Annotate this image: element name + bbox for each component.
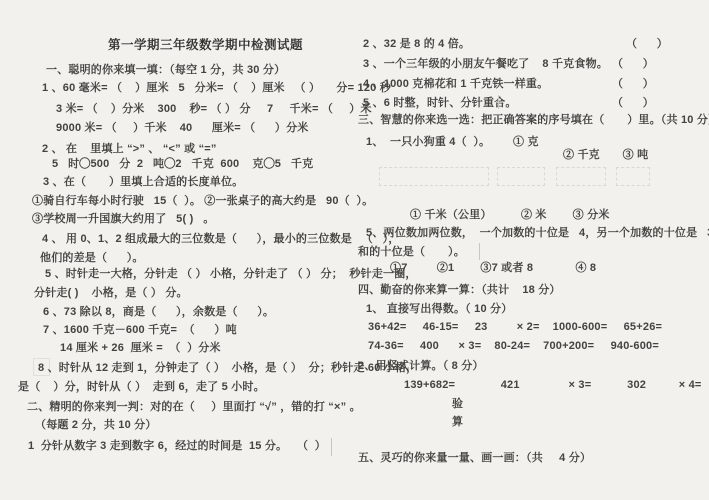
q4-line-2: 他们的差是（ ）。 (40, 252, 144, 265)
choice-q5-line-1: 5、两位数加两位数， 一个加数的十位是 4，另一个加数的十位是 3，它们 (366, 227, 709, 240)
q7-line-1: 7 、1600 千克－600 千克= （ ）吨 (43, 324, 237, 337)
calc-row-1: 36+42= 46-15= 23 × 2= 1000-600= 65+26= (368, 321, 662, 334)
section-2-header: 二、精明的你来判一判：对的在（ ）里面打 “√” ，错的打 “×” 。 (27, 401, 361, 414)
choice-q1: 1、 一只小狗重 4（ ）。 ① 克 (366, 136, 539, 149)
q3-line-3: ③学校周一升国旗大约用了 5( ) 。 (32, 213, 214, 226)
check-label-2: 算 (452, 416, 463, 429)
choice-q5-options: ①7 ②1 ③7 或者 8 ④ 8 (390, 262, 596, 275)
scan-artifact-line (479, 243, 480, 260)
faint-box (497, 167, 545, 186)
q4-line-1: 4 、 用 0、1、2 组成最大的三位数是（ ），最小的三位数是 （ ）， (42, 233, 400, 246)
choice-q1-options: ② 千克 ③ 吨 (563, 149, 648, 162)
faint-box (556, 167, 606, 186)
q3-line-1: 3 、在（ ）里填上合适的长度单位。 (43, 176, 243, 189)
judge-q2: 2 、32 是 8 的 4 倍。 (363, 38, 470, 51)
vertical-calc-problems: 139+682= 421 × 3= 302 × 4= (404, 379, 702, 392)
q6-line: 6 、73 除以 8，商是（ ），余数是（ ）。 (43, 306, 274, 319)
faint-box (616, 167, 650, 186)
q7-line-2: 14 厘米 + 26 厘米 = （ ）分米 (60, 342, 221, 355)
test-paper-page: 第一学期三年级数学期中检测试题 一、聪明的你来填一填：（每空 1 分，共 30 … (0, 0, 709, 500)
judge-q2-paren: （ ） (626, 38, 668, 51)
choice-q5-line-2: 和的十位是（ ）。 (358, 246, 465, 259)
judge-q5-paren: （ ） (612, 97, 654, 110)
judge-q1: 1 分针从数字 3 走到数字 6，经过的时间是 15 分。 （ ） (28, 440, 326, 453)
judge-q4-paren: （ ） (612, 78, 654, 91)
q2-line-1: 2 、 在 里填上 “>” 、 “<” 或 “=” (42, 143, 217, 156)
q8-line-2: 是（ ）分，时针从（ ） 走到 6，走了 5 小时。 (18, 381, 265, 394)
calc-row-2: 74-36= 400 × 3= 80-24= 700+200= 940-600= (368, 340, 659, 353)
section-3-header: 三、智慧的你来选一选：把正确答案的序号填在（ ）里。（共 10 分） (358, 114, 709, 127)
judge-q3-paren: （ ） (612, 58, 654, 71)
section-4-header: 四、勤奋的你来算一算：（共计 18 分） (358, 284, 561, 297)
section-5-header: 五、灵巧的你来量一量、画一画：（共 4 分） (358, 452, 591, 465)
q3-line-2: ①骑自行车每小时行驶 15（ ）。 ②一张桌子的高大约是 90（ ）。 (32, 195, 373, 208)
judge-q5: 5 、6 时整，时针、分针重合。 (363, 97, 517, 110)
q1-line-2: 3 米= （ ）分米 300 秒= （ ） 分 7 千米= （ ）米 (56, 103, 372, 116)
faint-box (379, 167, 489, 186)
q5-line-1: 5 、时针走一大格，分针走 （ ） 小格，分针走了 （ ） 分； 秒针走一圈， (45, 268, 417, 281)
scan-artifact-line (498, 95, 499, 109)
calc-instruction: 1、 直接写出得数。（ 10 分） (366, 303, 512, 316)
check-label-1: 验 (452, 398, 463, 411)
q1-line-1: 1 、60 毫米= （ ）厘米 5 分米= （ ）厘米 （ ） 分= 120 秒 (42, 82, 391, 95)
scan-artifact-line (331, 438, 332, 456)
q5-line-2: 分针走( ) 小格，是（ ） 分。 (34, 287, 188, 300)
judge-q3: 3 、一个三年级的小朋友午餐吃了 8 千克食物。 (363, 58, 608, 71)
q1-line-3: 9000 米= （ ）千米 40 厘米= （ ）分米 (56, 122, 309, 135)
q2-line-2: 5 时◯500 分 2 吨◯2 千克 600 克◯5 千克 (52, 158, 313, 171)
section-2-score: （每题 2 分，共 10 分） (35, 419, 157, 432)
page-title: 第一学期三年级数学期中检测试题 (108, 35, 303, 53)
section-1-header: 一、聪明的你来填一填：（每空 1 分，共 30 分） (46, 64, 285, 77)
vertical-calc-instruction: 2、用竖式计算。（ 8 分） (358, 360, 484, 373)
choice-length-options: ① 千米（公里） ② 米 ③ 分米 (410, 209, 610, 222)
judge-q4: 4 、1000 克棉花和 1 千克铁一样重。 (363, 78, 548, 91)
